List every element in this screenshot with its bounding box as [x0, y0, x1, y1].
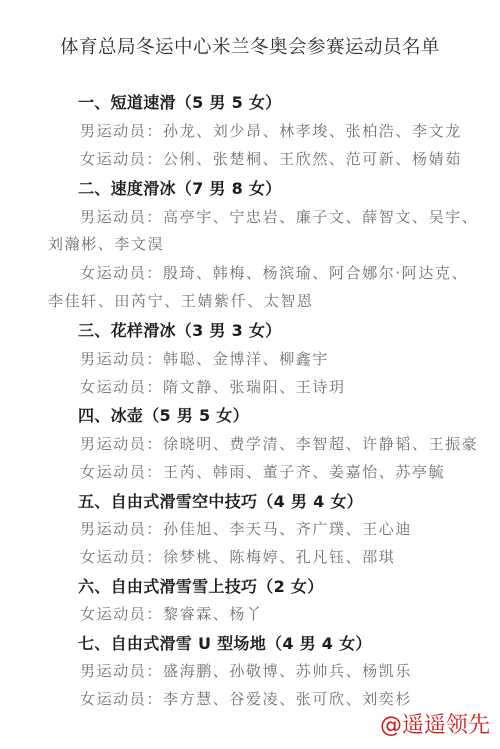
female-athletes-speed-skating: 女运动员：殷琦、韩梅、杨滨瑜、阿合娜尔·阿达克、 [80, 262, 468, 283]
section-heading-figure-skating: 三、花样滑冰（3 男 3 女） [78, 318, 281, 341]
male-athletes-short-track: 男运动员：孙龙、刘少昂、林孝埈、张柏浩、李文龙 [80, 120, 462, 141]
male-athletes-speed-skating: 男运动员：高亭宇、宁忠岩、廉子文、薛智文、吴宇、 [80, 206, 478, 227]
female-athletes-moguls: 女运动员：黎睿霖、杨丫 [80, 603, 263, 624]
document-title: 体育总局冬运中心米兰冬奥会参赛运动员名单 [0, 33, 500, 59]
male-athletes-speed-skating-cont: 刘瀚彬、李文淏 [48, 233, 164, 254]
watermark: @遥遥领先 [380, 708, 490, 739]
section-heading-aerials: 五、自由式滑雪空中技巧（4 男 4 女） [78, 489, 363, 512]
female-athletes-short-track: 女运动员：公俐、张楚桐、王欣然、范可新、杨婧茹 [80, 148, 462, 169]
section-heading-short-track: 一、短道速滑（5 男 5 女） [78, 90, 281, 113]
section-heading-speed-skating: 二、速度滑冰（7 男 8 女） [78, 176, 281, 199]
female-athletes-halfpipe: 女运动员：李方慧、谷爱凌、张可欣、刘奕杉 [80, 688, 412, 709]
male-athletes-aerials: 男运动员：孙佳旭、李天马、齐广璞、王心迪 [80, 518, 412, 539]
male-athletes-curling: 男运动员：徐晓明、费学清、李智超、许静韬、王振豪 [80, 433, 478, 454]
document-page: 体育总局冬运中心米兰冬奥会参赛运动员名单 一、短道速滑（5 男 5 女） 男运动… [0, 0, 500, 749]
female-athletes-aerials: 女运动员：徐梦桃、陈梅婷、孔凡钰、邵琪 [80, 546, 395, 567]
section-heading-moguls: 六、自由式滑雪雪上技巧（2 女） [78, 574, 324, 597]
female-athletes-speed-skating-cont: 李佳轩、田芮宁、王婧紫仟、太智恩 [48, 290, 314, 311]
section-heading-halfpipe: 七、自由式滑雪 U 型场地（4 男 4 女） [78, 631, 372, 654]
female-athletes-curling: 女运动员：王芮、韩雨、董子齐、姜嘉怡、苏亭毓 [80, 461, 445, 482]
male-athletes-halfpipe: 男运动员：盛海鹏、孙敬博、苏帅兵、杨凯乐 [80, 660, 412, 681]
male-athletes-figure-skating: 男运动员：韩聪、金博洋、柳鑫宇 [80, 348, 329, 369]
section-heading-curling: 四、冰壶（5 男 5 女） [78, 403, 249, 426]
female-athletes-figure-skating: 女运动员：隋文静、张瑞阳、王诗玥 [80, 376, 346, 397]
